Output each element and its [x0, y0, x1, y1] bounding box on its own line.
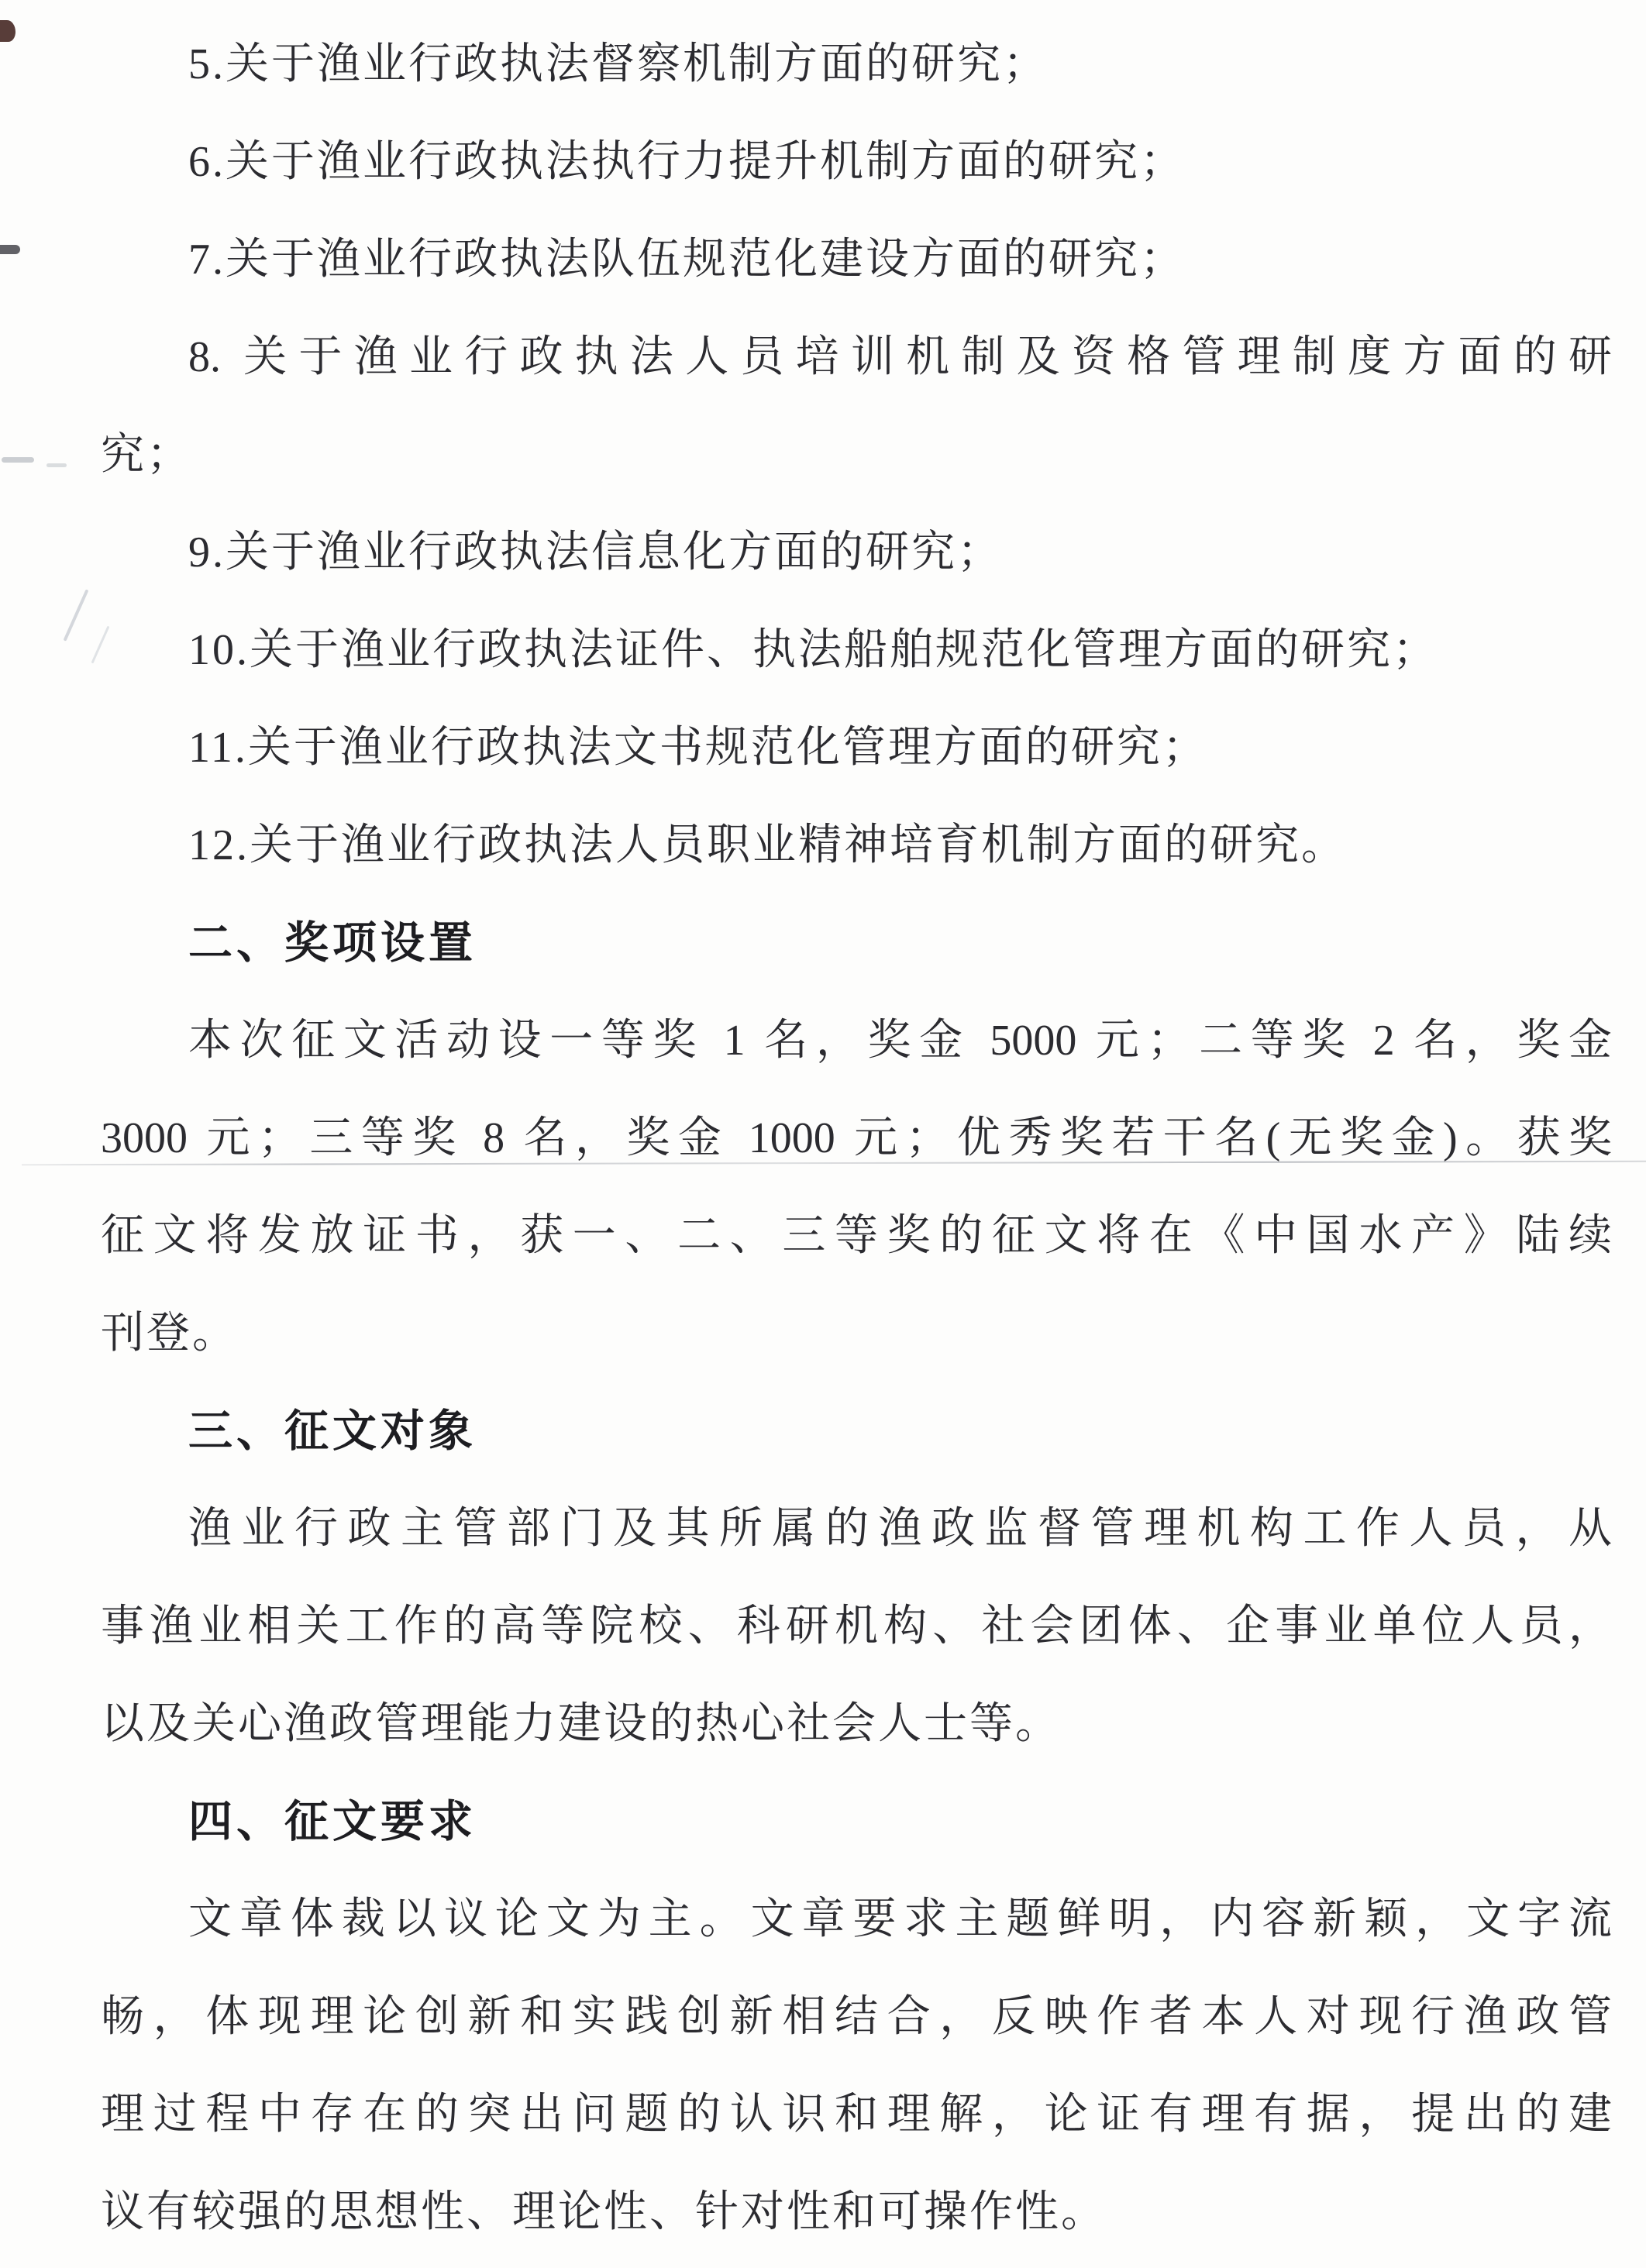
document-text-block: 5.关于渔业行政执法督察机制方面的研究； 6.关于渔业行政执法执行力提升机制方面… [101, 15, 1612, 2261]
awards-paragraph-line-1: 本次征文活动设一等奖 1 名，奖金 5000 元；二等奖 2 名，奖金 [101, 992, 1612, 1089]
list-item-10: 10.关于渔业行政执法证件、执法船舶规范化管理方面的研究； [101, 601, 1612, 699]
list-item-7: 7.关于渔业行政执法队伍规范化建设方面的研究； [101, 211, 1612, 308]
scan-corner-blob-artifact [0, 20, 15, 42]
requirements-paragraph-line-2: 畅，体现理论创新和实践创新相结合，反映作者本人对现行渔政管 [101, 1968, 1612, 2066]
section-heading-audience: 三、征文对象 [101, 1382, 1612, 1480]
section-heading-awards: 二、奖项设置 [101, 894, 1612, 992]
section-heading-requirements: 四、征文要求 [101, 1773, 1612, 1870]
list-item-12: 12.关于渔业行政执法人员职业精神培育机制方面的研究。 [101, 797, 1612, 894]
scanned-document-page: 5.关于渔业行政执法督察机制方面的研究； 6.关于渔业行政执法执行力提升机制方面… [0, 0, 1646, 2268]
scan-edge-mark-artifact [0, 245, 20, 254]
list-item-9: 9.关于渔业行政执法信息化方面的研究； [101, 504, 1612, 601]
awards-paragraph-line-3: 征文将发放证书，获一、二、三等奖的征文将在《中国水产》陆续 [101, 1187, 1612, 1285]
list-item-6: 6.关于渔业行政执法执行力提升机制方面的研究； [101, 113, 1612, 211]
awards-paragraph-line-4: 刊登。 [101, 1285, 1612, 1382]
requirements-paragraph-line-1: 文章体裁以议论文为主。文章要求主题鲜明，内容新颖，文字流 [101, 1870, 1612, 1968]
requirements-paragraph-line-3: 理过程中存在的突出问题的认识和理解，论证有理有据，提出的建 [101, 2066, 1612, 2163]
scan-scratch-artifact [64, 589, 89, 641]
scan-edge-mark-artifact [2, 457, 34, 463]
list-item-11: 11.关于渔业行政执法文书规范化管理方面的研究； [101, 699, 1612, 797]
audience-paragraph-line-3: 以及关心渔政管理能力建设的热心社会人士等。 [101, 1675, 1612, 1773]
list-item-8-continuation: 究； [101, 406, 1612, 504]
requirements-paragraph-line-4: 议有较强的思想性、理论性、针对性和可操作性。 [101, 2163, 1612, 2261]
list-item-5: 5.关于渔业行政执法督察机制方面的研究； [101, 15, 1612, 113]
audience-paragraph-line-2: 事渔业相关工作的高等院校、科研机构、社会团体、企事业单位人员， [101, 1578, 1612, 1675]
scan-edge-mark-artifact [46, 463, 67, 467]
list-item-8: 8. 关于渔业行政执法人员培训机制及资格管理制度方面的研 [101, 308, 1612, 406]
awards-paragraph-line-2: 3000 元；三等奖 8 名，奖金 1000 元；优秀奖若干名(无奖金)。获奖 [101, 1089, 1612, 1187]
audience-paragraph-line-1: 渔业行政主管部门及其所属的渔政监督管理机构工作人员，从 [101, 1480, 1612, 1578]
